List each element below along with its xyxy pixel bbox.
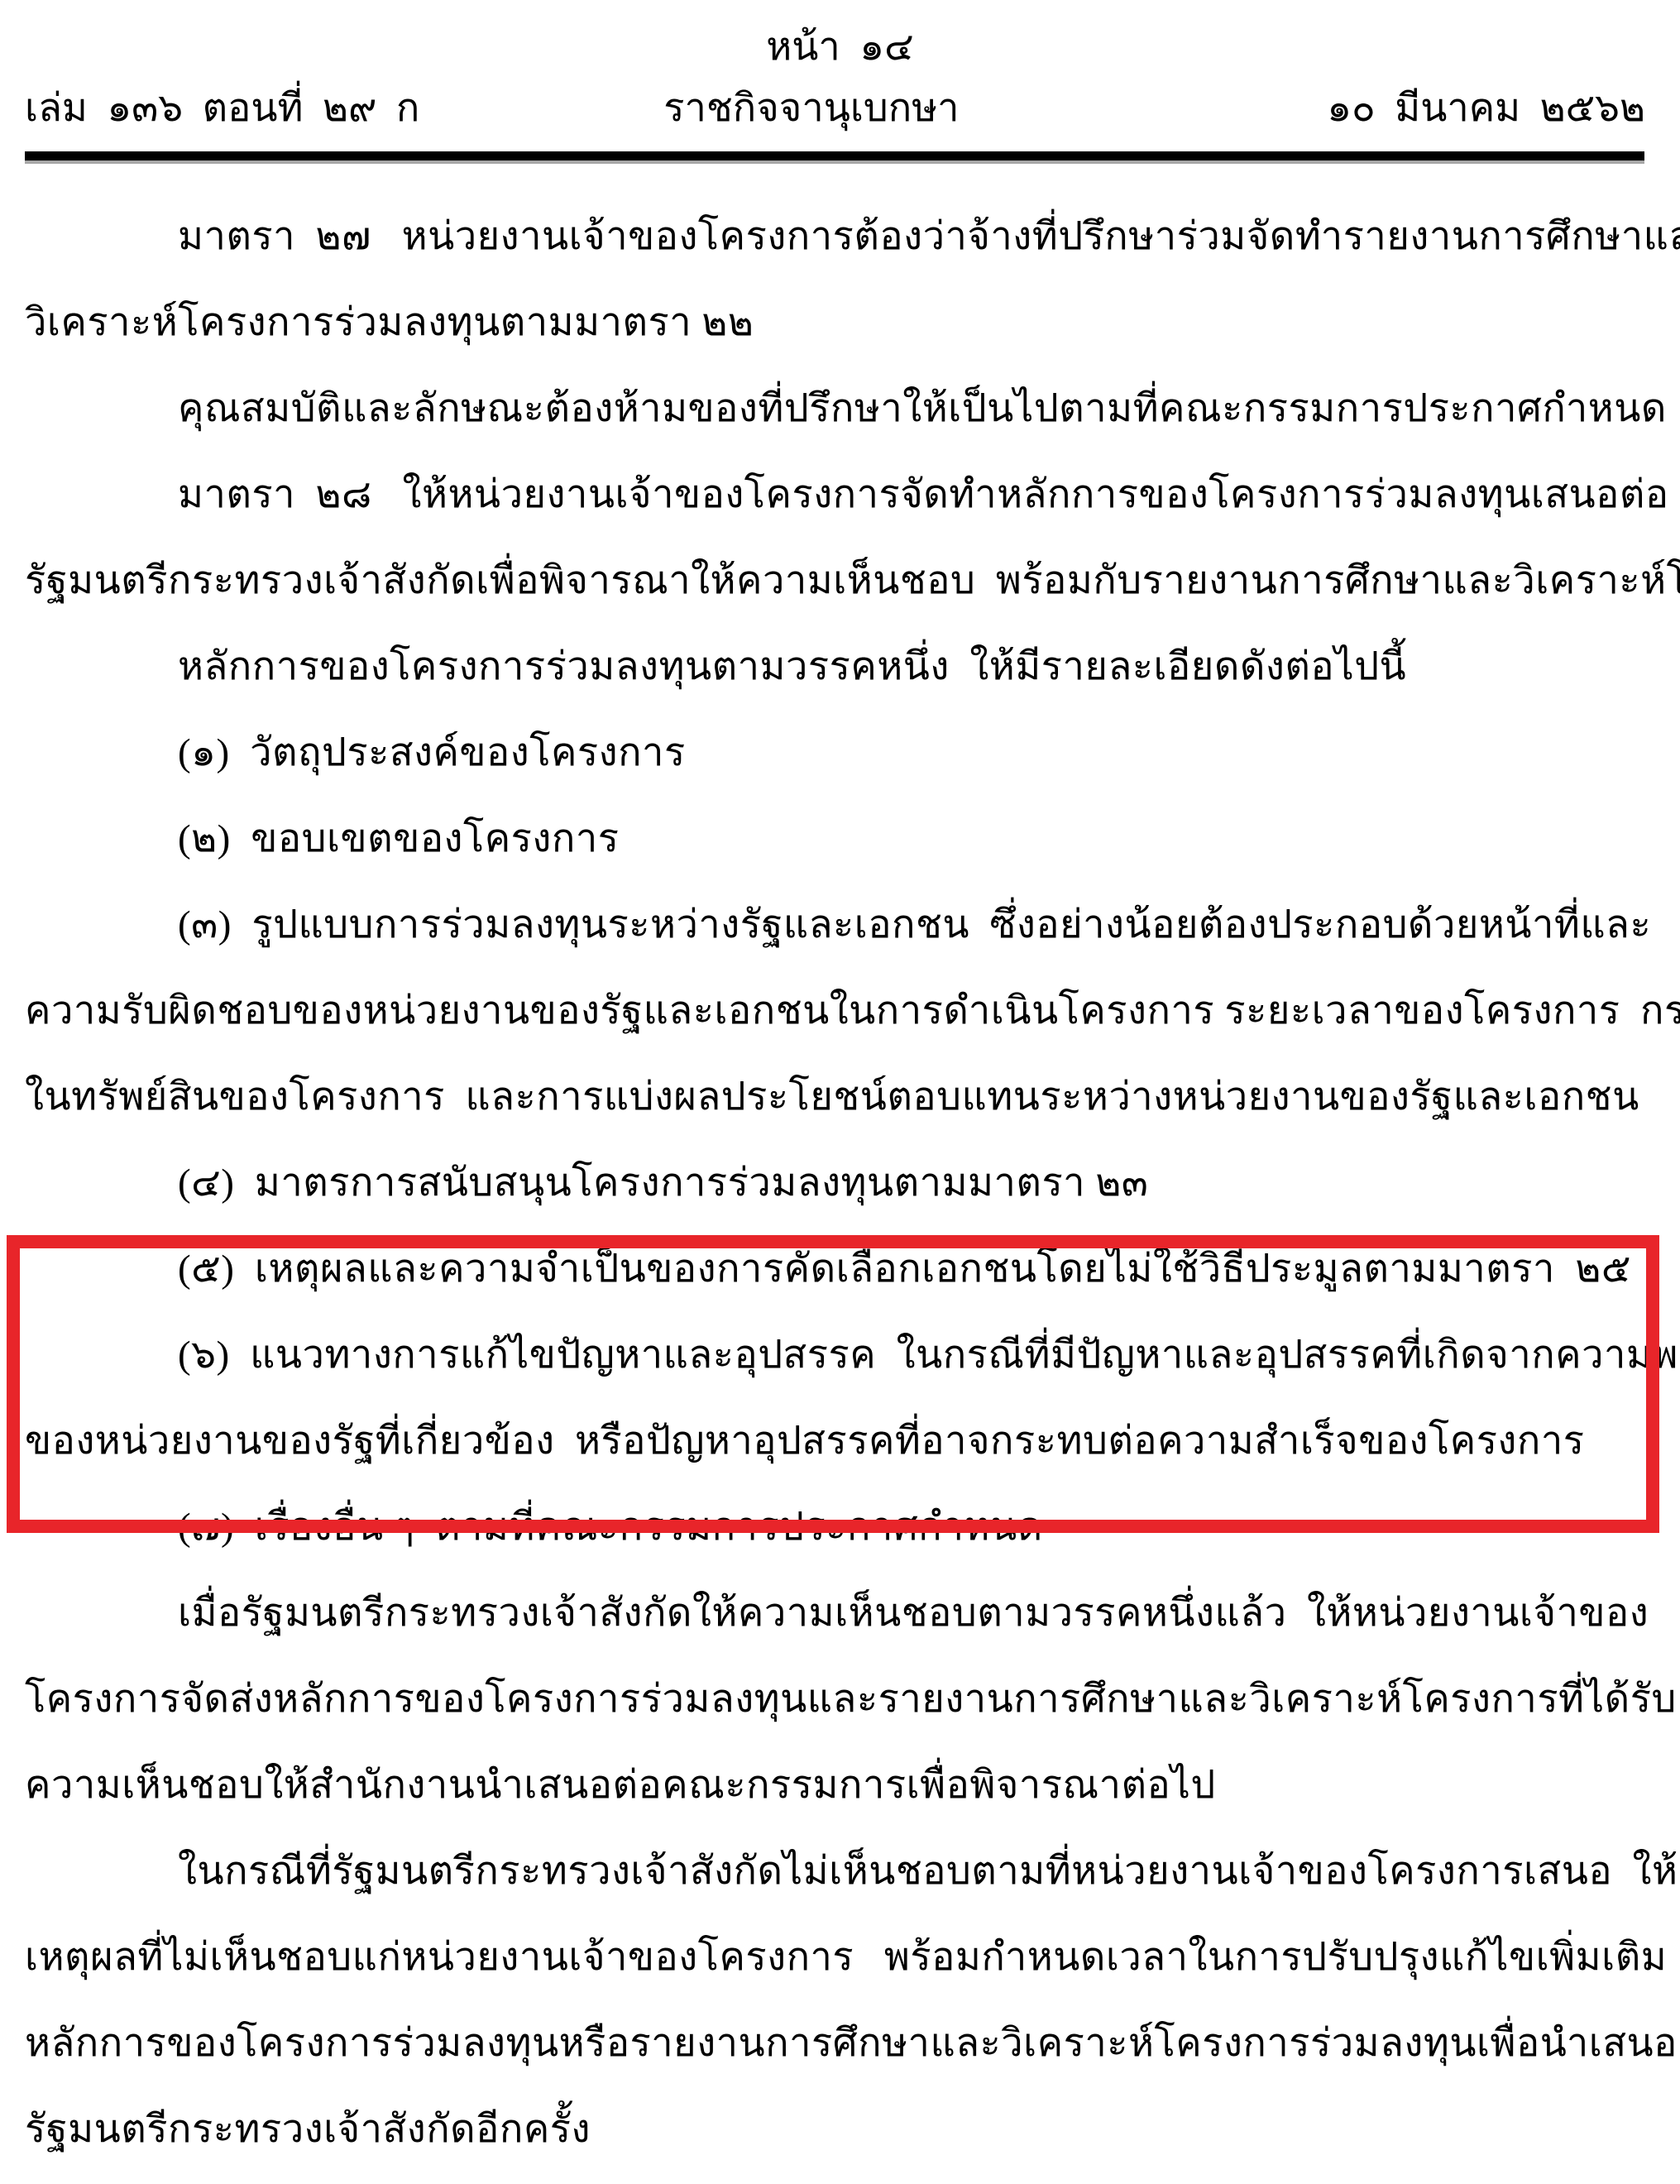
- text-line: มาตรา ๒๗ หน่วยงานเจ้าของโครงการต้องว่าจ้…: [0, 192, 1680, 278]
- text-line: (๔) มาตรการสนับสนุนโครงการร่วมลงทุนตามมา…: [0, 1138, 1680, 1224]
- volume-issue-label: เล่ม ๑๓๖ ตอนที่ ๒๙ ก: [25, 76, 419, 138]
- text-line: หลักการของโครงการร่วมลงทุนตามวรรคหนึ่ง ใ…: [0, 622, 1680, 708]
- text-line: (๒) ขอบเขตของโครงการ: [0, 794, 1680, 880]
- text-line: (๖) แนวทางการแก้ไขปัญหาและอุปสรรค ในกรณี…: [0, 1310, 1680, 1396]
- text-line: เมื่อรัฐมนตรีกระทรวงเจ้าสังกัดให้ความเห็…: [0, 1569, 1680, 1655]
- text-line: (๕) เหตุผลและความจำเป็นของการคัดเลือกเอก…: [0, 1224, 1680, 1310]
- document-body: มาตรา ๒๗ หน่วยงานเจ้าของโครงการต้องว่าจ้…: [0, 192, 1680, 2171]
- text-line: ของหน่วยงานของรัฐที่เกี่ยวข้อง หรือปัญหา…: [0, 1396, 1680, 1482]
- text-line: ในทรัพย์สินของโครงการ และการแบ่งผลประโยช…: [0, 1052, 1680, 1138]
- text-line: (๑) วัตถุประสงค์ของโครงการ: [0, 708, 1680, 794]
- text-line: วิเคราะห์โครงการร่วมลงทุนตามมาตรา ๒๒: [0, 278, 1680, 364]
- text-line: ความเห็นชอบให้สำนักงานนำเสนอต่อคณะกรรมกา…: [0, 1741, 1680, 1827]
- gazette-page: หน้า ๑๔ เล่ม ๑๓๖ ตอนที่ ๒๙ ก ราชกิจจานุเ…: [0, 0, 1680, 2184]
- text-line: มาตรา ๒๘ ให้หน่วยงานเจ้าของโครงการจัดทำห…: [0, 450, 1680, 536]
- text-line: รัฐมนตรีกระทรวงเจ้าสังกัดเพื่อพิจารณาให้…: [0, 536, 1680, 622]
- text-line: โครงการจัดส่งหลักการของโครงการร่วมลงทุนแ…: [0, 1655, 1680, 1741]
- gazette-title: ราชกิจจานุเบกษา: [663, 76, 959, 138]
- header-divider-rule: [25, 151, 1644, 164]
- text-line: หลักการของโครงการร่วมลงทุนหรือรายงานการศ…: [0, 1999, 1680, 2085]
- page-number-label: หน้า ๑๔: [0, 15, 1680, 77]
- publication-date: ๑๐ มีนาคม ๒๕๖๒: [1327, 76, 1645, 138]
- text-line: รัฐมนตรีกระทรวงเจ้าสังกัดอีกครั้ง: [0, 2085, 1680, 2171]
- text-line: เหตุผลที่ไม่เห็นชอบแก่หน่วยงานเจ้าของโคร…: [0, 1913, 1680, 1999]
- text-line: (๗) เรื่องอื่น ๆ ตามที่คณะกรรมการประกาศก…: [0, 1482, 1680, 1569]
- text-line: ความรับผิดชอบของหน่วยงานของรัฐและเอกชนใน…: [0, 966, 1680, 1052]
- text-line: ในกรณีที่รัฐมนตรีกระทรวงเจ้าสังกัดไม่เห็…: [0, 1827, 1680, 1913]
- masthead: เล่ม ๑๓๖ ตอนที่ ๒๙ ก ราชกิจจานุเบกษา ๑๐ …: [25, 76, 1645, 134]
- text-line: (๓) รูปแบบการร่วมลงทุนระหว่างรัฐและเอกชน…: [0, 880, 1680, 966]
- text-line: คุณสมบัติและลักษณะต้องห้ามของที่ปรึกษาให…: [0, 364, 1680, 450]
